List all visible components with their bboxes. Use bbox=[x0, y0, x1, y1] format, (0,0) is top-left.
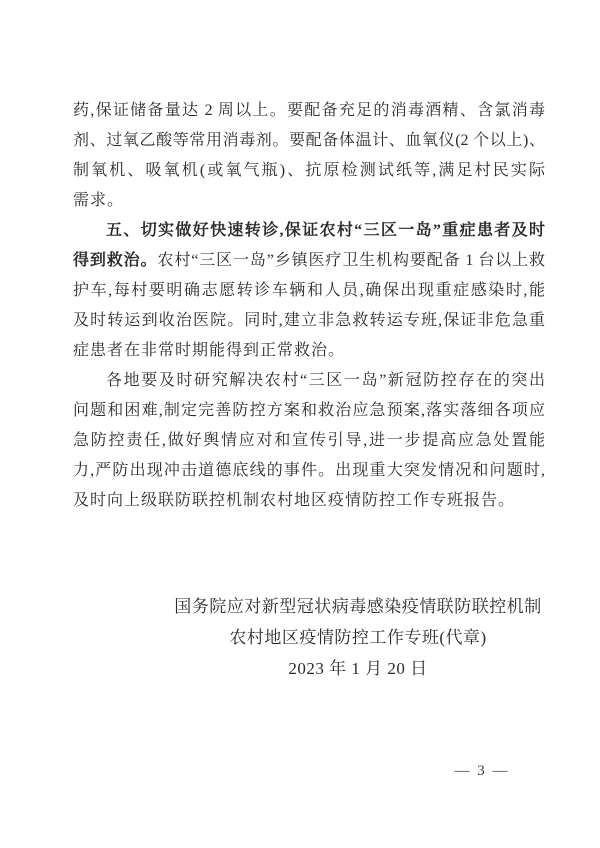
body-text-segment: 及时转运到收治医院。同时,建立非急救转运专班,保证非危急重 bbox=[73, 312, 545, 329]
body-line: 药,保证储备量达 2 周以上。要配备充足的消毒酒精、含氯消毒 bbox=[73, 96, 545, 126]
body-text-segment: 药,保证储备量达 2 周以上。要配备充足的消毒酒精、含氯消毒 bbox=[73, 102, 545, 119]
document-page: 药,保证储备量达 2 周以上。要配备充足的消毒酒精、含氯消毒剂、过氧乙酸等常用消… bbox=[0, 0, 600, 848]
body-text-segment: 护车,每村要明确志愿转诊车辆和人员,确保出现重症感染时,能 bbox=[73, 282, 545, 299]
page-number: — 3 — bbox=[412, 758, 552, 784]
body-line: 护车,每村要明确志愿转诊车辆和人员,确保出现重症感染时,能 bbox=[73, 276, 545, 306]
body-line: 急防控责任,做好舆情应对和宣传引导,进一步提高应急处置能 bbox=[73, 426, 545, 456]
signature-block: 国务院应对新型冠状病毒感染疫情联防联控机制 农村地区疫情防控工作专班(代章) 2… bbox=[166, 591, 550, 684]
body-text-segment: 症患者在非常时期能得到正常救治。 bbox=[73, 342, 345, 359]
document-body: 药,保证储备量达 2 周以上。要配备充足的消毒酒精、含氯消毒剂、过氧乙酸等常用消… bbox=[73, 96, 545, 516]
body-line: 及时向上级联防联控机制农村地区疫情防控工作专班报告。 bbox=[73, 486, 545, 516]
body-text-segment: 制氧机、吸氧机(或氧气瓶)、抗原检测试纸等,满足村民实际 bbox=[73, 162, 545, 179]
body-line: 得到救治。农村“三区一岛”乡镇医疗卫生机构要配备 1 台以上救 bbox=[73, 246, 545, 276]
body-line: 各地要及时研究解决农村“三区一岛”新冠防控存在的突出 bbox=[73, 366, 545, 396]
body-line: 制氧机、吸氧机(或氧气瓶)、抗原检测试纸等,满足村民实际 bbox=[73, 156, 545, 186]
body-text-segment: 农村“三区一岛”乡镇医疗卫生机构要配备 1 台以上救 bbox=[157, 252, 545, 269]
signature-date: 2023 年 1 月 20 日 bbox=[166, 653, 550, 684]
body-text-segment: 急防控责任,做好舆情应对和宣传引导,进一步提高应急处置能 bbox=[73, 432, 545, 449]
signature-org-line2: 农村地区疫情防控工作专班(代章) bbox=[166, 622, 550, 653]
body-line: 五、切实做好快速转诊,保证农村“三区一岛”重症患者及时 bbox=[73, 216, 545, 246]
body-text-segment: 剂、过氧乙酸等常用消毒剂。要配备体温计、血氧仪(2 个以上)、 bbox=[73, 132, 545, 149]
body-text-segment: 及时向上级联防联控机制农村地区疫情防控工作专班报告。 bbox=[73, 492, 515, 509]
signature-org-line1: 国务院应对新型冠状病毒感染疫情联防联控机制 bbox=[166, 591, 550, 622]
body-line: 剂、过氧乙酸等常用消毒剂。要配备体温计、血氧仪(2 个以上)、 bbox=[73, 126, 545, 156]
body-line: 力,严防出现冲击道德底线的事件。出现重大突发情况和问题时, bbox=[73, 456, 545, 486]
body-text-segment: 各地要及时研究解决农村“三区一岛”新冠防控存在的突出 bbox=[106, 372, 545, 389]
body-line: 问题和困难,制定完善防控方案和救治应急预案,落实落细各项应 bbox=[73, 396, 545, 426]
heading-bold-text: 得到救治。 bbox=[73, 252, 157, 269]
body-text-segment: 力,严防出现冲击道德底线的事件。出现重大突发情况和问题时, bbox=[73, 462, 545, 479]
heading-bold-text: 五、切实做好快速转诊,保证农村“三区一岛”重症患者及时 bbox=[106, 222, 545, 239]
body-line: 需求。 bbox=[73, 186, 545, 216]
body-text-segment: 问题和困难,制定完善防控方案和救治应急预案,落实落细各项应 bbox=[73, 402, 545, 419]
body-text-segment: 需求。 bbox=[73, 192, 124, 209]
body-line: 症患者在非常时期能得到正常救治。 bbox=[73, 336, 545, 366]
body-line: 及时转运到收治医院。同时,建立非急救转运专班,保证非危急重 bbox=[73, 306, 545, 336]
